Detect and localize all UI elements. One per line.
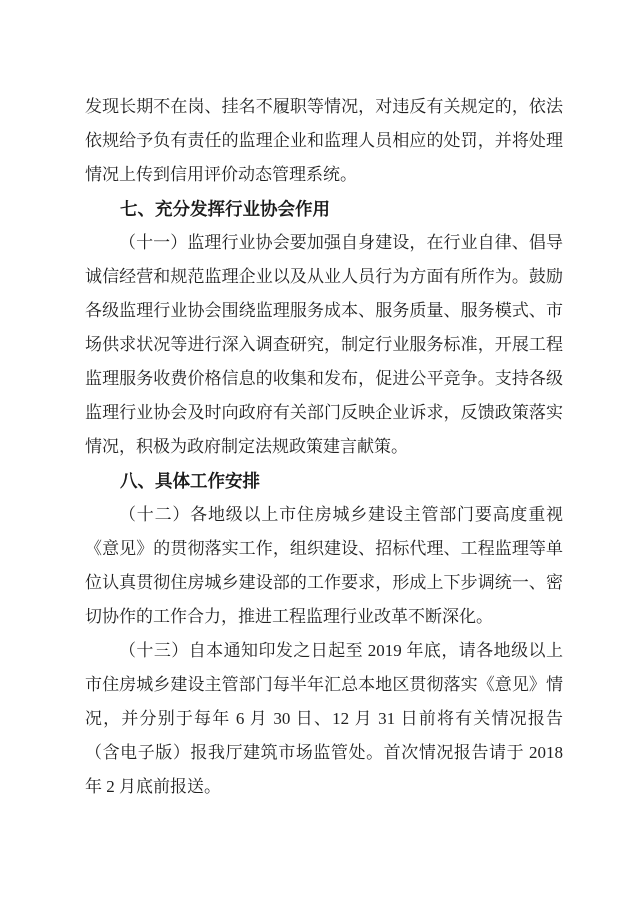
section-heading-seven: 七、充分发挥行业协会作用 (85, 192, 563, 226)
document-body: 发现长期不在岗、挂名不履职等情况，对违反有关规定的，依法依规给予负有责任的监理企… (85, 90, 563, 804)
document-page: 发现长期不在岗、挂名不履职等情况，对违反有关规定的，依法依规给予负有责任的监理企… (0, 0, 643, 911)
paragraph-item-13: （十三）自本通知印发之日起至 2019 年底，请各地级以上市住房城乡建设主管部门… (85, 634, 563, 804)
paragraph-continuation: 发现长期不在岗、挂名不履职等情况，对违反有关规定的，依法依规给予负有责任的监理企… (85, 90, 563, 192)
paragraph-item-12: （十二）各地级以上市住房城乡建设主管部门要高度重视《意见》的贯彻落实工作，组织建… (85, 498, 563, 634)
section-heading-eight: 八、具体工作安排 (85, 464, 563, 498)
paragraph-item-11: （十一）监理行业协会要加强自身建设，在行业自律、倡导诚信经营和规范监理企业以及从… (85, 226, 563, 464)
